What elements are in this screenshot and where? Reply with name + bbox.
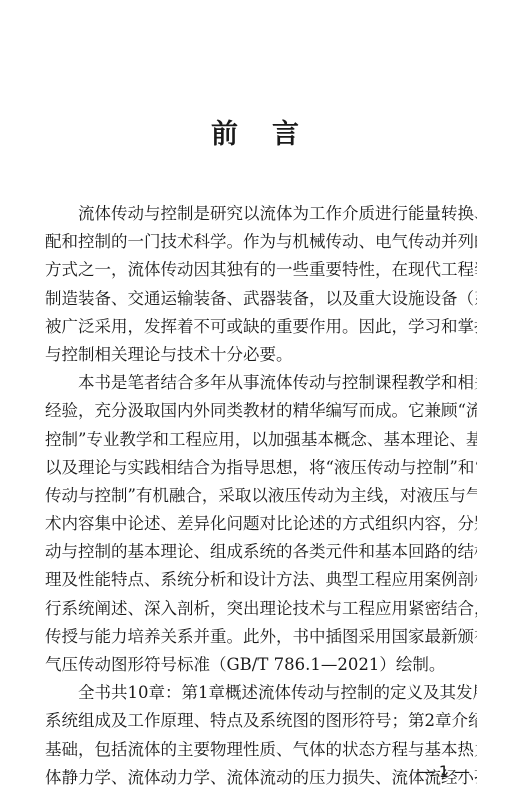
document-body: 流体传动与控制是研究以流体为工作介质进行能量转换、传递、分 配和控制的一门技术科… bbox=[45, 200, 477, 792]
text-line: 被广泛采用，发挥着不可或缺的重要作用。因此，学习和掌握流体传动 bbox=[45, 313, 477, 341]
text-line: 本书是笔者结合多年从事流体传动与控制课程教学和相关科研工作 bbox=[45, 369, 477, 397]
text-line: 制造装备、交通运输装备、武器装备，以及重大设施设备（系统）中 bbox=[45, 285, 477, 313]
text-line: 方式之一，流体传动因其独有的一些重要特性，在现代工程装备、加工 bbox=[45, 256, 477, 284]
text-line: 行系统阐述、深入剖析，突出理论技术与工程应用紧密结合，注重知识 bbox=[45, 595, 477, 623]
text-line: 流体传动与控制是研究以流体为工作介质进行能量转换、传递、分 bbox=[45, 200, 477, 228]
text-line: 传授与能力培养关系并重。此外，书中插图采用国家最新颁布的液压与 bbox=[45, 623, 477, 651]
paragraph-1: 流体传动与控制是研究以流体为工作介质进行能量转换、传递、分 配和控制的一门技术科… bbox=[45, 200, 477, 369]
text-line: 与控制相关理论与技术十分必要。 bbox=[45, 341, 477, 369]
paragraph-3: 全书共10章：第1章概述流体传动与控制的定义及其发展概况、 系统组成及工作原理、… bbox=[45, 679, 477, 792]
text-line: 体静力学、流体动力学、流体流动的压力损失、流体流经小孔和缝隙的 bbox=[45, 764, 477, 792]
text-line: 理及性能特点、系统分析和设计方法、典型工程应用案例剖析等方面进 bbox=[45, 566, 477, 594]
text-line: 系统组成及工作原理、特点及系统图的图形符号；第2章介绍流体力学 bbox=[45, 707, 477, 735]
text-line: 经验，充分汲取国内外同类教材的精华编写而成。它兼顾“流体传动与 bbox=[45, 397, 477, 425]
page-title-char-2: 言 bbox=[272, 112, 299, 151]
page-title-char-1: 前 bbox=[211, 112, 238, 151]
page-number: — 1 — bbox=[418, 762, 470, 781]
text-line: 全书共10章：第1章概述流体传动与控制的定义及其发展概况、 bbox=[45, 679, 477, 707]
text-line: 控制”专业教学和工程应用，以加强基本概念、基本理论、基本方法， bbox=[45, 426, 477, 454]
paragraph-2: 本书是笔者结合多年从事流体传动与控制课程教学和相关科研工作 经验，充分汲取国内外… bbox=[45, 369, 477, 679]
text-line: 动与控制的基本理论、组成系统的各类元件和基本回路的结构、工作原 bbox=[45, 538, 477, 566]
text-line: 以及理论与实践相结合为指导思想，将“液压传动与控制”和“气压 bbox=[45, 454, 477, 482]
text-line: 术内容集中论述、差异化问题对比论述的方式组织内容，分别从流体传 bbox=[45, 510, 477, 538]
text-line: 传动与控制”有机融合，采取以液压传动为主线，对液压与气动共性技 bbox=[45, 482, 477, 510]
text-line: 气压传动图形符号标准（GB/T 786.1—2021）绘制。 bbox=[45, 651, 477, 679]
text-line: 配和控制的一门技术科学。作为与机械传动、电气传动并列的三类传动 bbox=[45, 228, 477, 256]
text-line: 基础，包括流体的主要物理性质、气体的状态方程与基本热力性质、流 bbox=[45, 736, 477, 764]
page-title: 前言 bbox=[0, 112, 510, 151]
